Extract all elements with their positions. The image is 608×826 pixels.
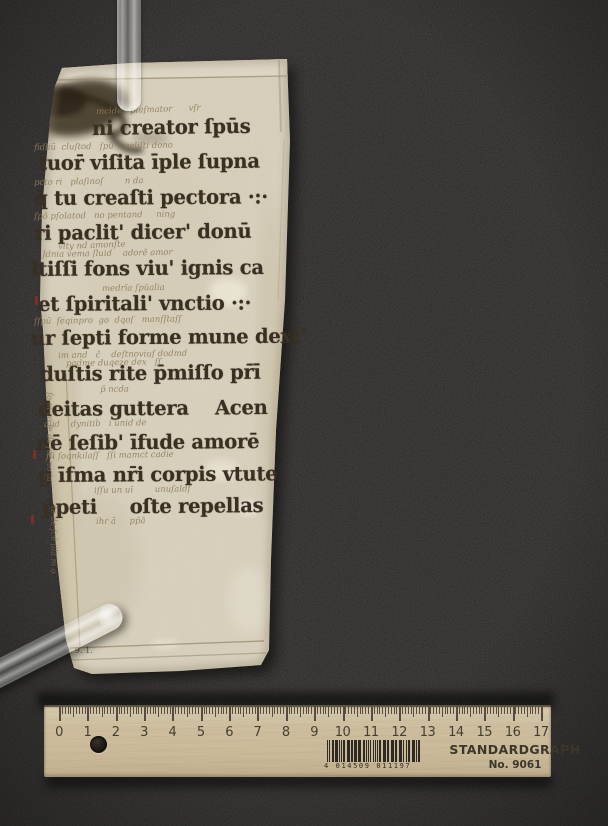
- manuscript-line: deitas guttera Acen: [38, 395, 268, 421]
- scale-number: 4: [169, 725, 177, 740]
- interlinear-gloss: medrīa ſpūalia: [102, 284, 165, 294]
- barcode-digits: 4 014509 011197: [324, 762, 420, 770]
- marginal-note: te de ſcē illa m o: [49, 506, 58, 574]
- scale-number: 5: [197, 725, 205, 740]
- manuscript-line: ur ſepti forme mune dext': [31, 324, 307, 350]
- scale-number: 13: [420, 725, 436, 740]
- interlinear-gloss: ihr ā pp̄ā: [96, 517, 146, 527]
- scale-number: 3: [140, 725, 148, 740]
- scale-number: 2: [112, 725, 120, 740]
- ruler-hanging-hole: [90, 736, 107, 753]
- red-edge-mark: [33, 450, 36, 459]
- photo-stage: ni creator ſpūstuor̄ viſita īple ſupnaq̄…: [0, 0, 608, 826]
- scale-number: 12: [391, 725, 407, 740]
- red-edge-mark: [35, 296, 38, 305]
- scale-number: 9: [310, 725, 318, 740]
- manuscript-line: q̄ tu creaſti pectora ·:·: [34, 184, 268, 210]
- interlinear-gloss: padme duqeze dex ſſ: [66, 358, 161, 369]
- scale-number: 15: [476, 725, 492, 740]
- manuscript-line: tuor̄ viſita īple ſupna: [38, 149, 260, 175]
- manuscript-line: g īfma nr̄i corpis vtute: [38, 461, 277, 487]
- interlinear-gloss: p̄ ncda: [100, 385, 129, 395]
- ruler-brand: STANDARDGRAPH: [425, 742, 605, 756]
- scale-number: 7: [254, 725, 262, 740]
- interlinear-gloss: iſſu un uī unuſaldſ: [94, 485, 191, 496]
- scale-number: 1: [83, 725, 91, 740]
- manuscript-line: ni creator ſpūs: [92, 114, 251, 140]
- scale-number: 0: [55, 725, 63, 740]
- scale-number: 16: [505, 725, 521, 740]
- marginal-note: ſo m co le de ſcē no ta: [45, 392, 54, 482]
- interlinear-gloss: pcto ri plaſinoſ n da: [34, 177, 144, 188]
- scale-number: 14: [448, 725, 464, 740]
- ruler-model-number: No. 9061: [425, 759, 605, 771]
- ruler: 01234567891011121314151617 4 014509 0111…: [44, 705, 551, 777]
- plastic-holding-strip: [117, 0, 141, 111]
- interlinear-gloss: ſſi ſoqnkilaſſ ſſi mamct cadie: [46, 451, 174, 462]
- scale-number: 17: [533, 725, 549, 740]
- red-edge-mark: [31, 515, 34, 524]
- barcode: [327, 740, 415, 762]
- interlinear-gloss: aijd dynitib i unid de: [44, 419, 147, 430]
- scale-number: 8: [282, 725, 290, 740]
- manuscript-line: p̄peti oſte repellas: [42, 493, 263, 519]
- scale-number: 6: [225, 725, 233, 740]
- scale-number: 10: [335, 725, 351, 740]
- barcode-bar: [418, 740, 420, 762]
- manuscript-line: et ſpiritali' vnctio ·:·: [38, 291, 251, 316]
- scale-number: 11: [363, 725, 379, 740]
